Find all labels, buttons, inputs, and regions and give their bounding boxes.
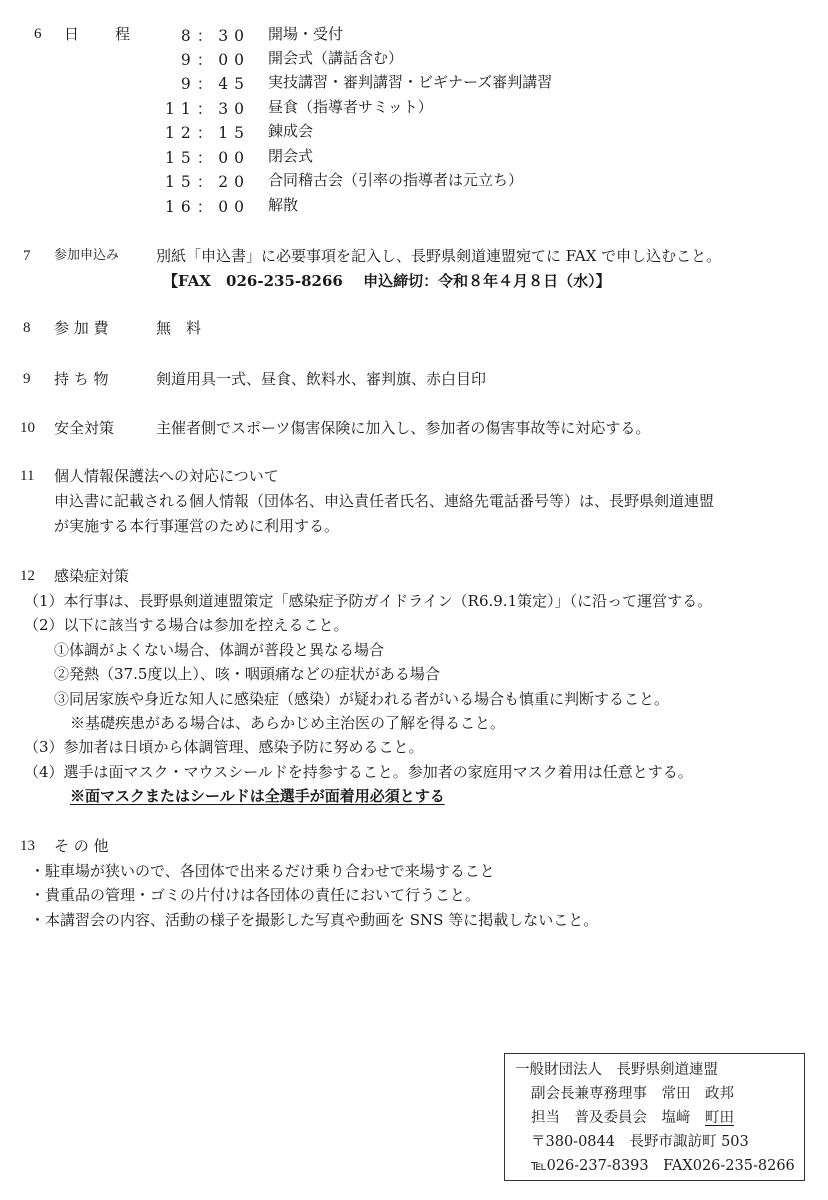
schedule-event: 開場・受付	[268, 24, 343, 44]
other-title: そ の 他	[54, 836, 109, 856]
schedule-time: 11：30	[160, 97, 250, 119]
other-item-sns: ・本講習会の内容、活動の様子を撮影した写真や動画を SNS 等に掲載しないこと。	[30, 910, 598, 930]
infection-subitem-1: ①体調がよくない場合、体調が普段と異なる場合	[54, 640, 384, 660]
contact-staff-prefix: 担当 普及委員会 塩﨑	[531, 1110, 705, 1126]
schedule-event: 合同稽古会（引率の指導者は元立ち）	[268, 170, 523, 190]
privacy-text-line-2: が実施する本行事運営のために利用する。	[54, 516, 339, 536]
schedule-event: 閉会式	[268, 146, 313, 166]
schedule-time: 15：20	[160, 170, 250, 192]
application-number: 7	[23, 246, 31, 266]
contact-box: 一般財団法人 長野県剣道連盟 副会長兼専務理事 常田 政邦 担当 普及委員会 塩…	[504, 1053, 805, 1181]
belongings-number: 9	[23, 369, 31, 389]
schedule-event: 実技講習・審判講習・ビギナーズ審判講習	[268, 72, 552, 92]
contact-phone-fax: ℡026-237-8393 FAX026-235-8266	[531, 1156, 795, 1176]
infection-subitem-2: ②発熱（37.5度以上）、咳・咽頭痛などの症状がある場合	[54, 664, 440, 684]
schedule-time: 9：45	[160, 72, 250, 94]
contact-officer: 副会長兼専務理事 常田 政邦	[531, 1084, 734, 1104]
application-fax-deadline: 【FAX 026-235-8266 申込締切：令和８年４月８日（水）】	[163, 271, 611, 291]
fee-number: 8	[23, 318, 31, 338]
schedule-event: 解散	[268, 195, 298, 215]
infection-item-2: （2）以下に該当する場合は参加を控えること。	[24, 615, 349, 635]
schedule-time: 16：00	[160, 195, 250, 217]
schedule-event: 開会式（講話含む）	[268, 48, 403, 68]
infection-mask-requirement: ※面マスクまたはシールドは全選手が面着用必須とする	[70, 786, 445, 806]
infection-number: 12	[20, 566, 35, 586]
infection-subitem-3: ③同居家族や身近な知人に感染症（感染）が疑われる者がいる場合も慎重に判断すること…	[54, 689, 669, 709]
application-label: 参加申込み	[54, 246, 119, 266]
schedule-event: 錬成会	[268, 121, 313, 141]
infection-item-1: （1）本行事は、長野県剣道連盟策定「感染症予防ガイドライン（R6.9.1策定）」…	[24, 591, 712, 611]
infection-item-3: （3）参加者は日頃から体調管理、感染予防に努めること。	[24, 737, 424, 757]
contact-organization: 一般財団法人 長野県剣道連盟	[515, 1060, 718, 1080]
fee-label: 参 加 費	[54, 318, 109, 338]
schedule-label-1: 日	[64, 24, 79, 44]
contact-address: 〒380-0844 長野市諏訪町 503	[531, 1132, 749, 1152]
other-item-parking: ・駐車場が狭いので、各団体で出来るだけ乗り合わせで来場すること	[30, 861, 495, 881]
infection-note-chronic: ※基礎疾患がある場合は、あらかじめ主治医の了解を得ること。	[70, 713, 505, 733]
privacy-text-line-1: 申込書に記載される個人情報（団体名、申込責任者氏名、連絡先電話番号等）は、長野県…	[54, 491, 714, 511]
infection-item-4: （4）選手は面マスク・マウスシールドを持参すること。参加者の家庭用マスク着用は任…	[24, 762, 693, 782]
safety-label: 安全対策	[54, 418, 114, 438]
schedule-time: 9：00	[160, 48, 250, 70]
safety-number: 10	[20, 418, 35, 438]
schedule-number: 6	[34, 24, 42, 44]
belongings-text: 剣道用具一式、昼食、飲料水、審判旗、赤白目印	[156, 369, 486, 389]
privacy-title: 個人情報保護法への対応について	[54, 466, 279, 486]
schedule-time: 8：30	[160, 24, 250, 46]
infection-title: 感染症対策	[54, 566, 129, 586]
privacy-number: 11	[20, 466, 34, 486]
schedule-event: 昼食（指導者サミット）	[268, 97, 433, 117]
contact-staff-underlined: 町田	[705, 1110, 734, 1126]
fee-text: 無 料	[156, 318, 201, 338]
contact-staff: 担当 普及委員会 塩﨑 町田	[531, 1108, 734, 1128]
other-number: 13	[20, 836, 35, 856]
other-item-valuables: ・貴重品の管理・ゴミの片付けは各団体の責任において行うこと。	[30, 885, 480, 905]
safety-text: 主催者側でスポーツ傷害保険に加入し、参加者の傷害事故等に対応する。	[156, 418, 650, 438]
schedule-label-2: 程	[115, 24, 130, 44]
schedule-time: 15：00	[160, 146, 250, 168]
schedule-time: 12：15	[160, 121, 250, 143]
belongings-label: 持 ち 物	[54, 369, 109, 389]
application-text: 別紙「申込書」に必要事項を記入し、長野県剣道連盟宛てに FAX で申し込むこと。	[156, 246, 721, 266]
